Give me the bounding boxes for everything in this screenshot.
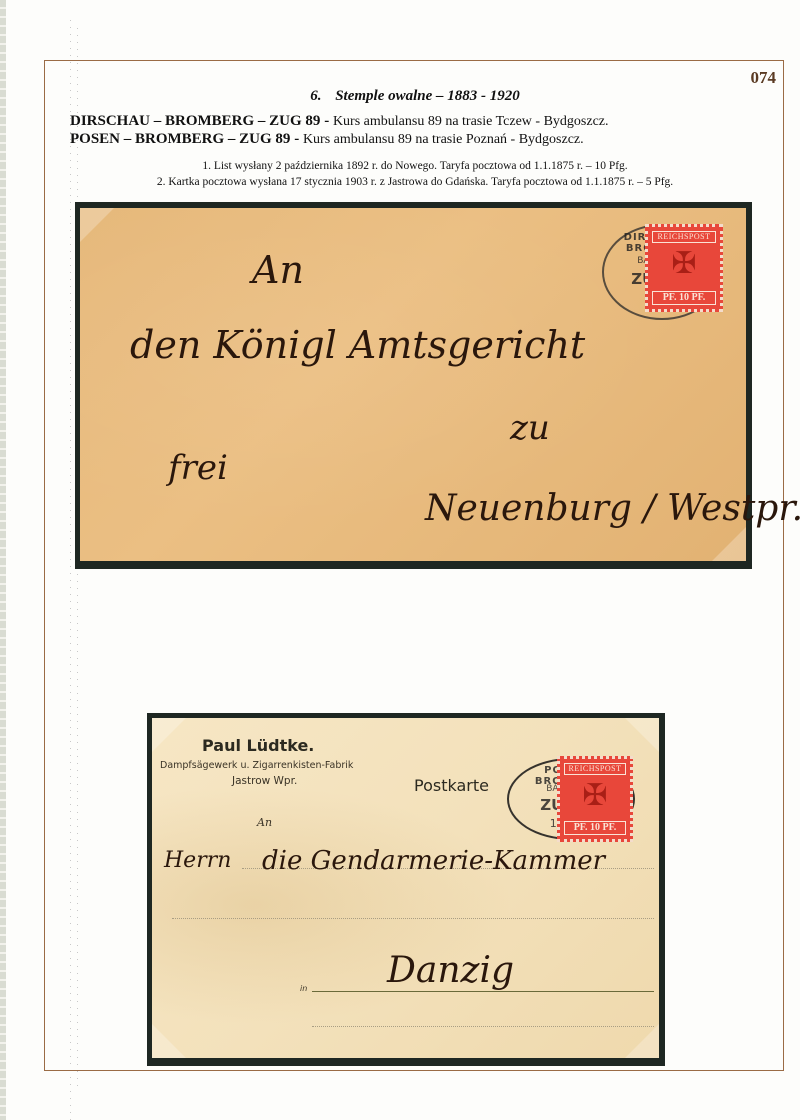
in-label: in xyxy=(300,984,307,993)
address-line xyxy=(312,1026,654,1027)
route-description: Kurs ambulansu 89 na trasie Poznań - Byd… xyxy=(303,132,584,147)
route-name: POSEN – BROMBERG – ZUG 89 xyxy=(70,131,290,147)
route-line-1: DIRSCHAU – BROMBERG – ZUG 89 - Kurs ambu… xyxy=(70,113,609,130)
handwritten-address-line: Danzig xyxy=(387,950,514,991)
caption-2: 2. Kartka pocztowa wysłana 17 stycznia 1… xyxy=(0,176,800,188)
eagle-icon: ✠ xyxy=(582,781,607,811)
mount-corner xyxy=(152,1024,186,1058)
route-line-2: POSEN – BROMBERG – ZUG 89 - Kurs ambulan… xyxy=(70,131,584,148)
route-name: DIRSCHAU – BROMBERG – ZUG 89 xyxy=(70,113,320,129)
section-number: 6. xyxy=(310,88,321,104)
envelope-item[interactable]: DIRSCHAU – BROMBERG BAHNPOST ZUG 89 2 RE… xyxy=(75,202,752,569)
postkarte-title: Postkarte xyxy=(414,776,489,795)
postcard-paper: Paul Lüdtke. Dampfsägewerk u. Zigarrenki… xyxy=(152,718,659,1058)
postcard-item[interactable]: Paul Lüdtke. Dampfsägewerk u. Zigarrenki… xyxy=(147,713,665,1066)
section-title: 6. Stemple owalne – 1883 - 1920 xyxy=(0,88,800,105)
sender-town: Jastrow Wpr. xyxy=(232,775,297,787)
mount-corner xyxy=(80,208,114,242)
postage-stamp: REICHSPOST ✠ PF. 10 PF. xyxy=(557,756,633,842)
handwritten-address-line: zu xyxy=(510,408,550,448)
page-number: 074 xyxy=(751,68,777,88)
mount-corner xyxy=(625,1024,659,1058)
section-title-text: Stemple owalne – 1883 - 1920 xyxy=(335,88,520,104)
caption-1: 1. List wysłany 2 października 1892 r. d… xyxy=(0,160,800,172)
mount-corner xyxy=(152,718,186,752)
handwritten-address-line: Herrn xyxy=(164,848,231,873)
sender-business: Dampfsägewerk u. Zigarrenkisten-Fabrik xyxy=(160,760,353,771)
postage-stamp: REICHSPOST ✠ PF. 10 PF. xyxy=(645,224,723,312)
sender-name: Paul Lüdtke. xyxy=(202,736,314,755)
mount-corner xyxy=(712,527,746,561)
envelope-paper: DIRSCHAU – BROMBERG BAHNPOST ZUG 89 2 RE… xyxy=(80,208,746,561)
handwritten-franking-note: frei xyxy=(168,448,228,488)
handwritten-address-line: Neuenburg / Westpr. xyxy=(425,488,800,529)
eagle-icon: ✠ xyxy=(671,249,696,279)
route-description: Kurs ambulansu 89 na trasie Tczew - Bydg… xyxy=(333,114,609,129)
an-label: An xyxy=(257,816,272,829)
mount-corner xyxy=(625,718,659,752)
address-line xyxy=(312,991,654,992)
handwritten-address-line: den Königl Amtsgericht xyxy=(130,323,585,367)
handwritten-address-line: die Gendarmerie-Kammer xyxy=(262,846,605,876)
handwritten-address-line: An xyxy=(252,248,304,292)
address-line xyxy=(172,918,654,919)
